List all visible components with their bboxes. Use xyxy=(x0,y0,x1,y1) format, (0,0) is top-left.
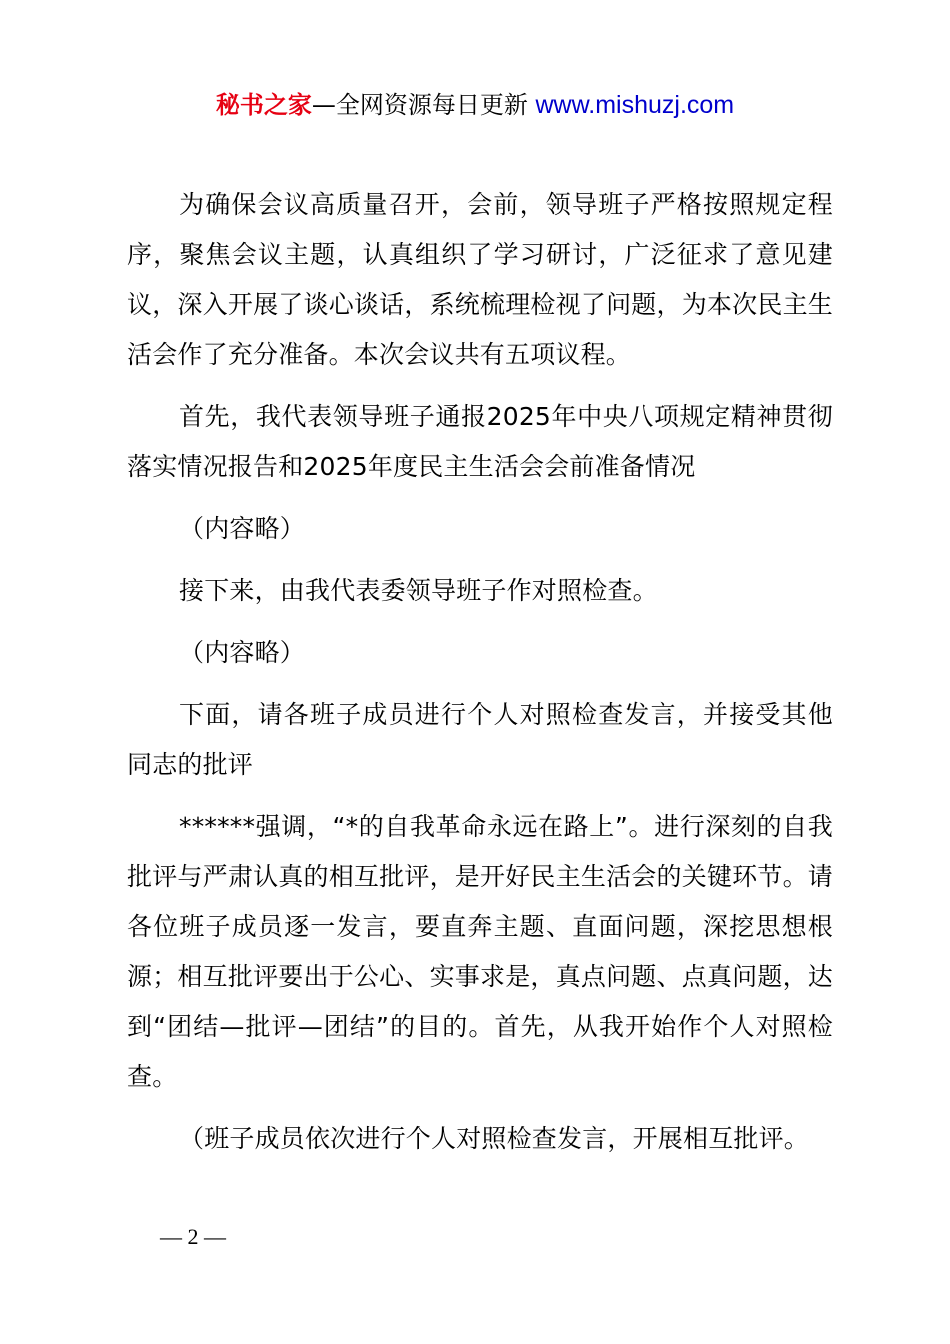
paragraph-agenda-second: 接下来，由我代表委领导班子作对照检查。 xyxy=(127,566,833,616)
paragraph-content-omitted-1: （内容略） xyxy=(127,504,833,554)
header-tagline: —全网资源每日更新 xyxy=(312,91,528,119)
paragraph-agenda-first: 首先，我代表领导班子通报2025年中央八项规定精神贯彻落实情况报告和2025年度… xyxy=(127,392,833,492)
paragraph-content-omitted-2: （内容略） xyxy=(127,628,833,678)
document-body: 为确保会议高质量召开，会前，领导班子严格按照规定程序，聚焦会议主题，认真组织了学… xyxy=(127,180,833,1176)
brand-name: 秘书之家 xyxy=(216,91,312,119)
paragraph-agenda-third: 下面，请各班子成员进行个人对照检查发言，并接受其他同志的批评 xyxy=(127,690,833,790)
paragraph-preparation: 为确保会议高质量召开，会前，领导班子严格按照规定程序，聚焦会议主题，认真组织了学… xyxy=(127,180,833,380)
site-url-link[interactable]: www.mishuzj.com xyxy=(535,91,734,119)
page-number: — 2 — xyxy=(160,1222,226,1252)
paragraph-members-speak: （班子成员依次进行个人对照检查发言，开展相互批评。 xyxy=(127,1114,833,1164)
paragraph-self-criticism: ******强调，“*的自我革命永远在路上”。进行深刻的自我批评与严肃认真的相互… xyxy=(127,802,833,1102)
site-header-banner: 秘书之家—全网资源每日更新 www.mishuzj.com xyxy=(0,86,950,124)
